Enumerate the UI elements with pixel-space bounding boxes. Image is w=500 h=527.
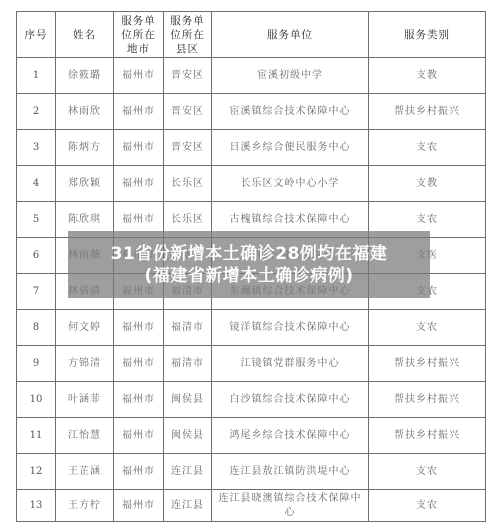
table-row: 1 徐筱璐 福州市 晋安区 宦溪初级中学 支教 xyxy=(17,58,486,94)
cell-district: 闽侯县 xyxy=(164,382,212,418)
cell-index: 6 xyxy=(17,238,56,274)
header-district: 服务单位所在县区 xyxy=(164,12,212,58)
cell-city: 福州市 xyxy=(114,454,164,490)
cell-name: 方锦清 xyxy=(56,346,114,382)
cell-name: 江怡慧 xyxy=(56,418,114,454)
table-row: 10 叶涵菲 福州市 闽侯县 白沙镇综合技术保障中心 帮扶乡村振兴 xyxy=(17,382,486,418)
cell-city: 福州市 xyxy=(114,94,164,130)
table-row: 3 陈炳方 福州市 晋安区 日溪乡综合便民服务中心 支农 xyxy=(17,130,486,166)
cell-index: 3 xyxy=(17,130,56,166)
headline-overlay: 31省份新增本土确诊28例均在福建 (福建省新增本土确诊病例) xyxy=(68,231,430,298)
cell-city: 福州市 xyxy=(114,310,164,346)
cell-district: 连江县 xyxy=(164,490,212,522)
cell-name: 王芷涵 xyxy=(56,454,114,490)
header-name: 姓名 xyxy=(56,12,114,58)
cell-district: 福清市 xyxy=(164,346,212,382)
cell-unit: 长乐区文岭中心小学 xyxy=(212,166,369,202)
cell-unit: 日溪乡综合便民服务中心 xyxy=(212,130,369,166)
cell-unit: 鸿尾乡综合技术保障中心 xyxy=(212,418,369,454)
cell-type: 支农 xyxy=(369,454,486,490)
cell-index: 11 xyxy=(17,418,56,454)
cell-index: 1 xyxy=(17,58,56,94)
cell-index: 5 xyxy=(17,202,56,238)
cell-index: 2 xyxy=(17,94,56,130)
cell-district: 晋安区 xyxy=(164,58,212,94)
cell-name: 郑欣颖 xyxy=(56,166,114,202)
cell-unit: 连江县敖江镇防洪堤中心 xyxy=(212,454,369,490)
header-type: 服务类别 xyxy=(369,12,486,58)
cell-unit: 宦溪镇综合技术保障中心 xyxy=(212,94,369,130)
cell-district: 晋安区 xyxy=(164,130,212,166)
cell-city: 福州市 xyxy=(114,382,164,418)
table-header-row: 序号 姓名 服务单位所在地市 服务单位所在县区 服务单位 服务类别 xyxy=(17,12,486,58)
table-row: 4 郑欣颖 福州市 长乐区 长乐区文岭中心小学 支教 xyxy=(17,166,486,202)
cell-unit: 宦溪初级中学 xyxy=(212,58,369,94)
headline-title: 31省份新增本土确诊28例均在福建 xyxy=(111,243,388,265)
header-index: 序号 xyxy=(17,12,56,58)
cell-district: 连江县 xyxy=(164,454,212,490)
cell-type: 帮扶乡村振兴 xyxy=(369,418,486,454)
cell-name: 叶涵菲 xyxy=(56,382,114,418)
headline-subtitle: (福建省新增本土确诊病例) xyxy=(144,265,353,287)
cell-type: 支农 xyxy=(369,310,486,346)
cell-unit: 江镜镇党群服务中心 xyxy=(212,346,369,382)
cell-city: 福州市 xyxy=(114,130,164,166)
table-row: 11 江怡慧 福州市 闽侯县 鸿尾乡综合技术保障中心 帮扶乡村振兴 xyxy=(17,418,486,454)
cell-index: 8 xyxy=(17,310,56,346)
cell-index: 7 xyxy=(17,274,56,310)
cell-city: 福州市 xyxy=(114,490,164,522)
cell-unit: 白沙镇综合技术保障中心 xyxy=(212,382,369,418)
header-city: 服务单位所在地市 xyxy=(114,12,164,58)
cell-type: 帮扶乡村振兴 xyxy=(369,94,486,130)
cell-index: 12 xyxy=(17,454,56,490)
cell-index: 10 xyxy=(17,382,56,418)
cell-type: 帮扶乡村振兴 xyxy=(369,346,486,382)
cell-unit: 镜洋镇综合技术保障中心 xyxy=(212,310,369,346)
cell-name: 徐筱璐 xyxy=(56,58,114,94)
cell-district: 长乐区 xyxy=(164,166,212,202)
cell-city: 福州市 xyxy=(114,418,164,454)
cell-type: 支教 xyxy=(369,58,486,94)
table-row: 12 王芷涵 福州市 连江县 连江县敖江镇防洪堤中心 支农 xyxy=(17,454,486,490)
table-row: 2 林雨欣 福州市 晋安区 宦溪镇综合技术保障中心 帮扶乡村振兴 xyxy=(17,94,486,130)
header-unit: 服务单位 xyxy=(212,12,369,58)
cell-district: 福清市 xyxy=(164,310,212,346)
cell-index: 9 xyxy=(17,346,56,382)
cell-name: 陈炳方 xyxy=(56,130,114,166)
cell-city: 福州市 xyxy=(114,58,164,94)
cell-city: 福州市 xyxy=(114,346,164,382)
cell-name: 何文婷 xyxy=(56,310,114,346)
cell-name: 林雨欣 xyxy=(56,94,114,130)
table-row: 8 何文婷 福州市 福清市 镜洋镇综合技术保障中心 支农 xyxy=(17,310,486,346)
cell-city: 福州市 xyxy=(114,166,164,202)
cell-district: 晋安区 xyxy=(164,94,212,130)
cell-unit: 连江县晓澳镇综合技术保障中心 xyxy=(212,490,369,522)
cell-index: 13 xyxy=(17,490,56,522)
table-row: 9 方锦清 福州市 福清市 江镜镇党群服务中心 帮扶乡村振兴 xyxy=(17,346,486,382)
cell-name: 王方柠 xyxy=(56,490,114,522)
cell-type: 支教 xyxy=(369,166,486,202)
cell-type: 帮扶乡村振兴 xyxy=(369,382,486,418)
cell-type: 支农 xyxy=(369,130,486,166)
table-row: 13 王方柠 福州市 连江县 连江县晓澳镇综合技术保障中心 支农 xyxy=(17,490,486,522)
cell-district: 闽侯县 xyxy=(164,418,212,454)
cell-type: 支农 xyxy=(369,490,486,522)
cell-index: 4 xyxy=(17,166,56,202)
